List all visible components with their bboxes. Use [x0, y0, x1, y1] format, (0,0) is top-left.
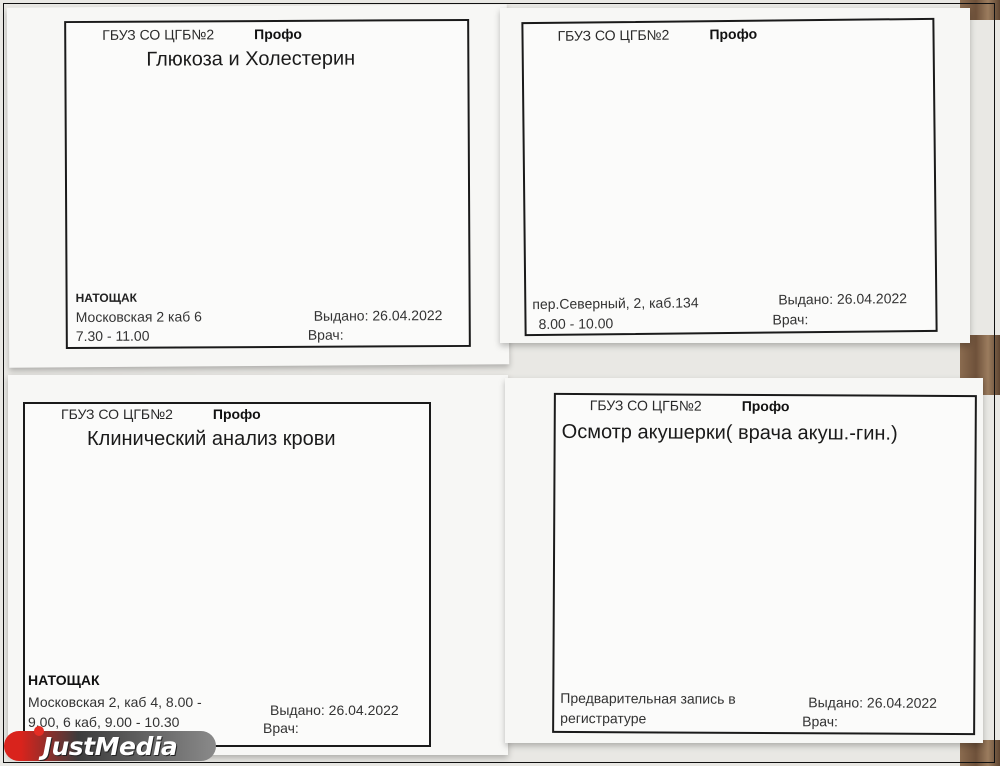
- referral-card-glucose: ГБУЗ СО ЦГБ№2Профо Глюкоза и Холестерин …: [64, 19, 471, 349]
- issued-date: Выдано: 26.04.2022: [314, 307, 443, 324]
- issued-date: Выдано: 26.04.2022: [270, 702, 399, 718]
- location-line: Московская 2, каб 4, 8.00 -: [28, 694, 202, 710]
- program-label: Профо: [709, 26, 757, 42]
- location-line: Предварительная запись в: [560, 690, 736, 707]
- logo-dot-icon: [34, 726, 44, 736]
- org-name: ГБУЗ СО ЦГБ№2: [102, 26, 214, 43]
- program-label: Профо: [254, 26, 302, 42]
- doctor-label: Врач:: [263, 720, 299, 736]
- referral-card-2: ГБУЗ СО ЦГБ№2Профо пер.Северный, 2, каб.…: [521, 18, 937, 336]
- location-line: пер.Северный, 2, каб.134: [532, 294, 698, 312]
- location-line: Московская 2 каб 6: [76, 308, 202, 325]
- org-name: ГБУЗ СО ЦГБ№2: [557, 27, 669, 44]
- referral-card-obstetrician: ГБУЗ СО ЦГБ№2Профо Осмотр акушерки( врач…: [552, 393, 977, 735]
- doctor-label: Врач:: [802, 713, 838, 729]
- issued-date: Выдано: 26.04.2022: [778, 290, 907, 307]
- card-header: ГБУЗ СО ЦГБ№2Профо: [102, 26, 302, 43]
- hours-line: 7.30 - 11.00: [76, 328, 150, 344]
- doctor-label: Врач:: [772, 311, 808, 327]
- wood-edge: [960, 740, 1000, 766]
- hours-line: 9.00, 6 каб, 9.00 - 10.30: [28, 714, 179, 730]
- service-title: Клинический анализ крови: [87, 428, 336, 451]
- referral-card-blood-test: ГБУЗ СО ЦГБ№2Профо Клинический анализ кр…: [23, 402, 431, 747]
- org-name: ГБУЗ СО ЦГБ№2: [590, 397, 702, 414]
- program-label: Профо: [213, 406, 261, 422]
- program-label: Профо: [742, 398, 790, 414]
- hours-line: регистратуре: [560, 710, 646, 726]
- fasting-note: НАТОЩАК: [28, 672, 100, 688]
- doctor-label: Врач:: [308, 327, 344, 343]
- org-name: ГБУЗ СО ЦГБ№2: [61, 406, 173, 422]
- service-title: Осмотр акушерки( врача акуш.-гин.): [562, 421, 898, 446]
- logo-text: JustMedia: [43, 732, 178, 761]
- fasting-note: НАТОЩАК: [76, 291, 137, 305]
- hours-line: 8.00 - 10.00: [538, 315, 613, 332]
- justmedia-logo: JustMedia: [4, 731, 216, 761]
- card-header: ГБУЗ СО ЦГБ№2Профо: [61, 406, 261, 422]
- card-header: ГБУЗ СО ЦГБ№2Профо: [557, 26, 757, 44]
- card-header: ГБУЗ СО ЦГБ№2Профо: [590, 397, 790, 414]
- service-title: Глюкоза и Холестерин: [146, 48, 355, 72]
- issued-date: Выдано: 26.04.2022: [808, 694, 937, 711]
